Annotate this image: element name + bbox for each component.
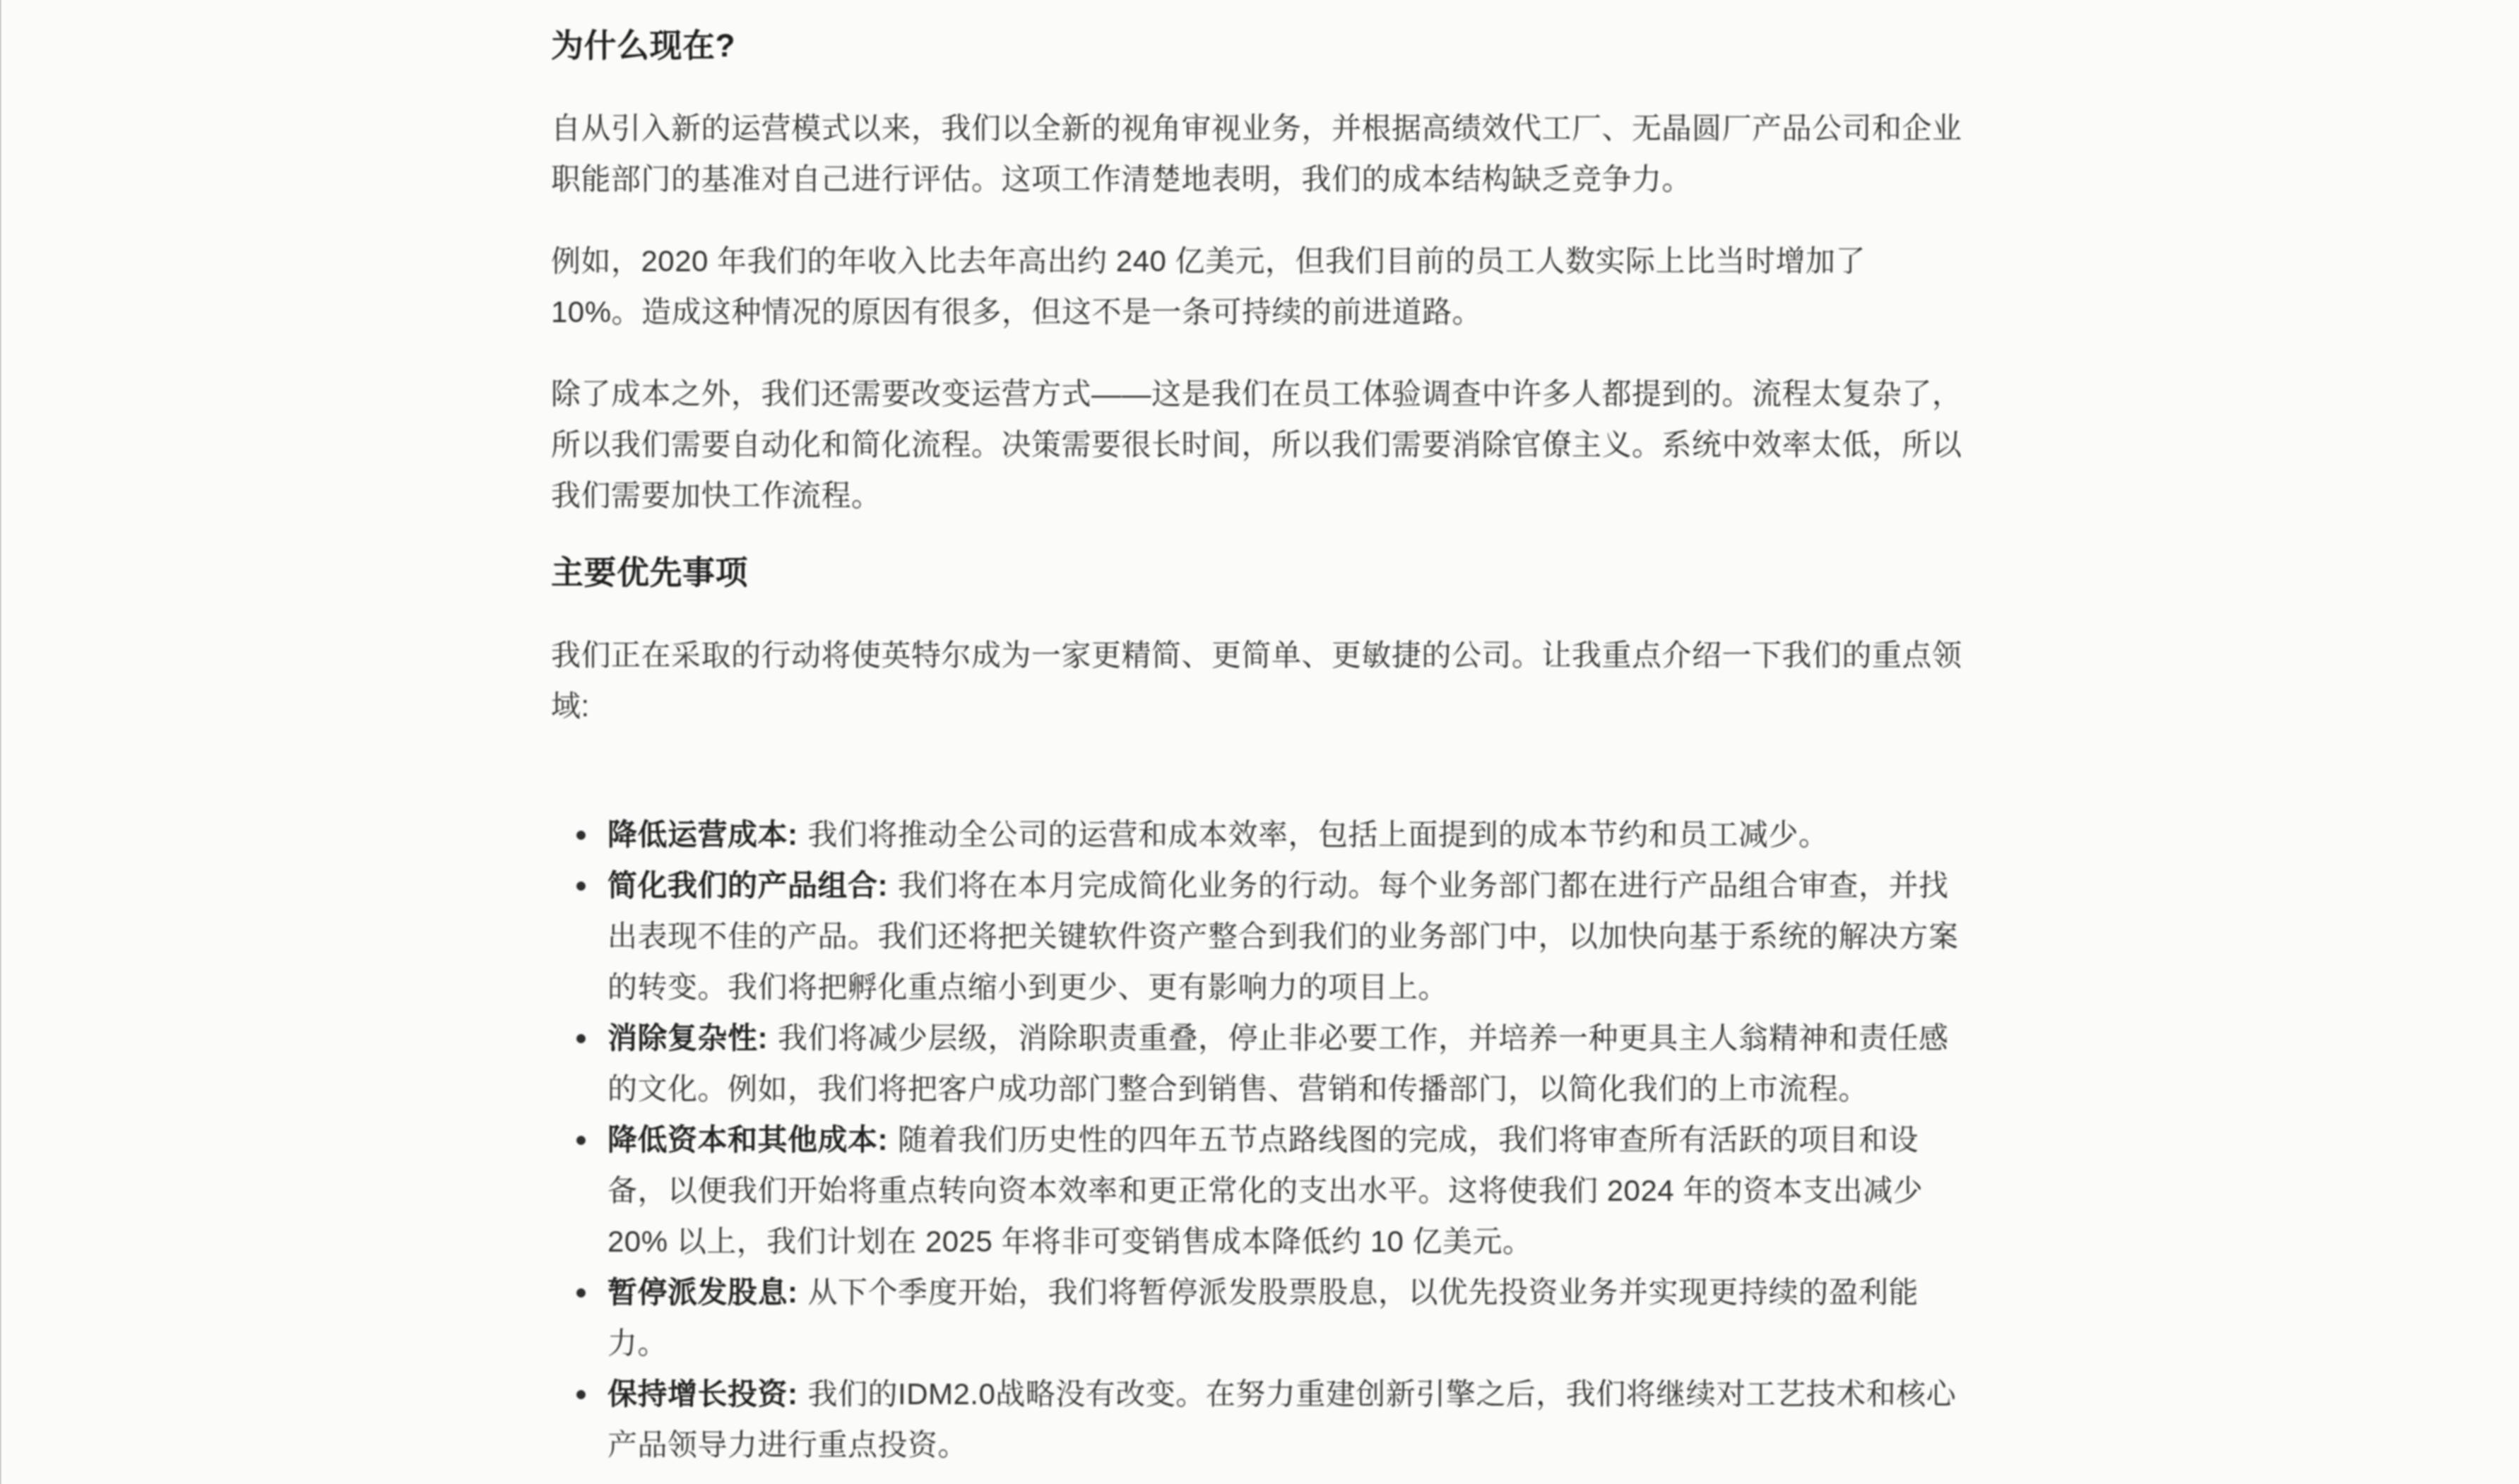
list-item-reduce-capital-costs: 降低资本和其他成本:随着我们历史性的四年五节点路线图的完成，我们将审查所有活跃的… (607, 1115, 1964, 1267)
list-item-lead: 降低资本和其他成本: (607, 1123, 888, 1156)
paragraph-priorities-intro: 我们正在采取的行动将使英特尔成为一家更精简、更简单、更敏捷的公司。让我重点介绍一… (551, 630, 1964, 732)
list-item-lead: 暂停派发股息: (607, 1276, 798, 1309)
list-item-lead: 简化我们的产品组合: (607, 869, 888, 902)
list-item-body: 我们将推动全公司的运营和成本效率，包括上面提到的成本节约和员工减少。 (808, 818, 1829, 851)
section-heading-why-now: 为什么现在? (551, 25, 1964, 65)
list-item-eliminate-complexity: 消除复杂性:我们将减少层级，消除职责重叠，停止非必要工作，并培养一种更具主人翁精… (607, 1013, 1964, 1115)
paragraph-revenue-headcount: 例如，2020 年我们的年收入比去年高出约 240 亿美元，但我们目前的员工人数… (551, 236, 1964, 338)
memo-content: 为什么现在? 自从引入新的运营模式以来，我们以全新的视角审视业务，并根据高绩效代… (551, 25, 1964, 1471)
list-item-reduce-operating-costs: 降低运营成本:我们将推动全公司的运营和成本效率，包括上面提到的成本节约和员工减少… (607, 809, 1964, 860)
list-item-simplify-portfolio: 简化我们的产品组合:我们将在本月完成简化业务的行动。每个业务部门都在进行产品组合… (607, 860, 1964, 1013)
section-heading-priorities: 主要优先事项 (551, 552, 1964, 592)
priorities-list: 降低运营成本:我们将推动全公司的运营和成本效率，包括上面提到的成本节约和员工减少… (551, 809, 1964, 1471)
list-item-lead: 消除复杂性: (607, 1021, 768, 1055)
page-left-edge (0, 0, 1, 1484)
document-page: 为什么现在? 自从引入新的运营模式以来，我们以全新的视角审视业务，并根据高绩效代… (0, 0, 2519, 1484)
list-item-suspend-dividend: 暂停派发股息:从下个季度开始，我们将暂停派发股票股息，以优先投资业务并实现更持续… (607, 1267, 1964, 1369)
list-item-body: 从下个季度开始，我们将暂停派发股票股息，以优先投资业务并实现更持续的盈利能力。 (607, 1276, 1919, 1360)
list-item-maintain-growth-investment: 保持增长投资:我们的IDM2.0战略没有改变。在努力重建创新引擎之后，我们将继续… (607, 1369, 1964, 1471)
list-item-body: 我们将减少层级，消除职责重叠，停止非必要工作，并培养一种更具主人翁精神和责任感的… (607, 1021, 1949, 1105)
list-item-lead: 降低运营成本: (607, 818, 798, 851)
list-item-lead: 保持增长投资: (607, 1377, 798, 1411)
paragraph-beyond-costs: 除了成本之外，我们还需要改变运营方式——这是我们在员工体验调查中许多人都提到的。… (551, 369, 1964, 521)
list-item-body: 我们的IDM2.0战略没有改变。在努力重建创新引擎之后，我们将继续对工艺技术和核… (607, 1377, 1956, 1461)
paragraph-operating-model: 自从引入新的运营模式以来，我们以全新的视角审视业务，并根据高绩效代工厂、无晶圆厂… (551, 103, 1964, 205)
